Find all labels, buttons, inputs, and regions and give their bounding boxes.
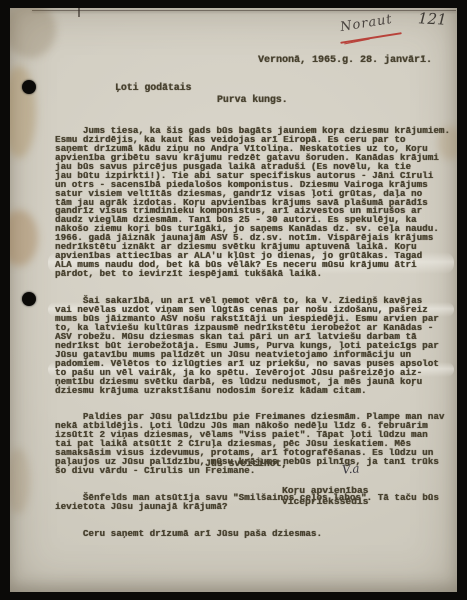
paper-stain [10,448,30,514]
paragraph-5: Ceru saņemt drīzumā arī Jūsu paša dziesm… [55,530,457,539]
scanned-letter-screenshot: { "letter": { "page_number": "121", "ann… [0,0,467,600]
signature-role-line: Koŗu apvienības vicepriekšsēdis [282,485,457,507]
closing-line: Jūs sveicinot, [205,458,287,469]
page-number: 121 [418,9,448,28]
paragraph-1: Jums tiesa, ka šis gads būs bagāts jauni… [55,127,457,279]
letter-page: Noraut 121 Vernonā, 1965.g. 28. janvārī.… [10,8,457,592]
paragraph-2: Šai sakarībā, un arī vēl ņemot vērā to, … [55,297,457,395]
punch-hole [22,80,36,94]
salutation-line-2: Purva kungs. [217,94,288,105]
paper-top-crease-vertical [78,8,80,17]
handwritten-annotation: Noraut [339,12,393,35]
paper-top-crease [32,10,456,11]
paper-stain [10,210,38,266]
salutation-line-1: Ļoti godātais [115,82,191,93]
date-line: Vernonā, 1965.g. 28. janvārī. [258,55,432,66]
punch-hole [22,292,36,306]
handwritten-initials: V.a [342,461,360,476]
paper-stain [10,8,56,58]
